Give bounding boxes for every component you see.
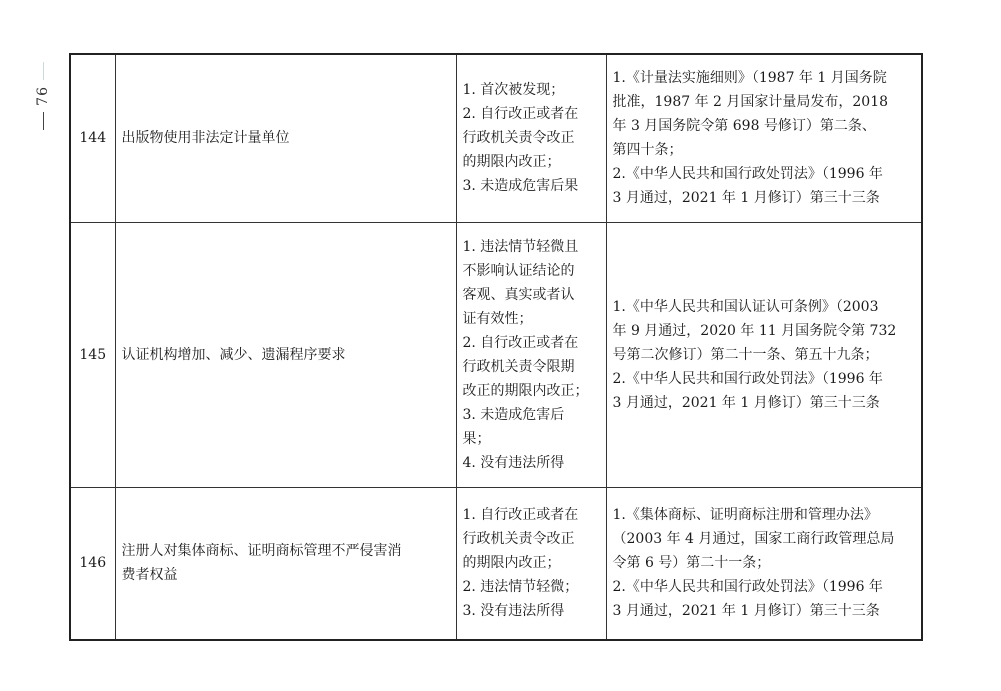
row-number: 146 (70, 487, 115, 640)
page-number-marker: 76 (28, 62, 58, 147)
condition-line: 2. 自行改正或者在 (463, 102, 600, 126)
row-number: 145 (70, 222, 115, 487)
penalty-exemption-table: 144 出版物使用非法定计量单位 1. 首次被发现； 2. 自行改正或者在 行政… (69, 53, 923, 641)
basis-line: 3 月通过，2021 年 1 月修订）第三十三条 (613, 599, 916, 623)
basis-line: 1.《中华人民共和国认证认可条例》（2003 (613, 295, 916, 319)
divider (43, 112, 44, 130)
exemption-conditions: 1. 首次被发现； 2. 自行改正或者在 行政机关责令改正 的期限内改正； 3.… (456, 54, 606, 222)
page-number: 76 (35, 86, 51, 106)
violation-item: 认证机构增加、减少、遗漏程序要求 (115, 222, 456, 487)
basis-line: 2.《中华人民共和国行政处罚法》（1996 年 (613, 162, 916, 186)
basis-line: 2.《中华人民共和国行政处罚法》（1996 年 (613, 575, 916, 599)
condition-line: 1. 首次被发现； (463, 78, 600, 102)
condition-line: 3. 没有违法所得 (463, 599, 600, 623)
condition-line: 行政机关责令限期 (463, 355, 600, 379)
basis-line: 1.《计量法实施细则》（1987 年 1 月国务院 (613, 66, 916, 90)
condition-line: 2. 自行改正或者在 (463, 331, 600, 355)
condition-line: 4. 没有违法所得 (463, 451, 600, 475)
basis-line: 3 月通过，2021 年 1 月修订）第三十三条 (613, 186, 916, 210)
condition-line: 改正的期限内改正； (463, 379, 600, 403)
legal-basis: 1.《集体商标、证明商标注册和管理办法》 （2003 年 4 月通过，国家工商行… (606, 487, 922, 640)
condition-line: 证有效性； (463, 307, 600, 331)
basis-line: 号第二次修订）第二十一条、第五十九条； (613, 343, 916, 367)
exemption-conditions: 1. 违法情节轻微且 不影响认证结论的 客观、真实或者认 证有效性； 2. 自行… (456, 222, 606, 487)
condition-line: 果； (463, 427, 600, 451)
table-row: 146 注册人对集体商标、证明商标管理不严侵害消 费者权益 1. 自行改正或者在… (70, 487, 922, 640)
item-line: 注册人对集体商标、证明商标管理不严侵害消 (122, 539, 450, 563)
condition-line: 的期限内改正； (463, 150, 600, 174)
table-row: 145 认证机构增加、减少、遗漏程序要求 1. 违法情节轻微且 不影响认证结论的… (70, 222, 922, 487)
legal-basis: 1.《中华人民共和国认证认可条例》（2003 年 9 月通过，2020 年 11… (606, 222, 922, 487)
condition-line: 不影响认证结论的 (463, 259, 600, 283)
condition-line: 3. 未造成危害后果 (463, 174, 600, 198)
legal-basis: 1.《计量法实施细则》（1987 年 1 月国务院 批准，1987 年 2 月国… (606, 54, 922, 222)
basis-line: 年 3 月国务院令第 698 号修订）第二条、 (613, 114, 916, 138)
table-row: 144 出版物使用非法定计量单位 1. 首次被发现； 2. 自行改正或者在 行政… (70, 54, 922, 222)
violation-item: 注册人对集体商标、证明商标管理不严侵害消 费者权益 (115, 487, 456, 640)
violation-item: 出版物使用非法定计量单位 (115, 54, 456, 222)
condition-line: 行政机关责令改正 (463, 126, 600, 150)
basis-line: （2003 年 4 月通过，国家工商行政管理总局 (613, 527, 916, 551)
exemption-conditions: 1. 自行改正或者在 行政机关责令改正 的期限内改正； 2. 违法情节轻微； 3… (456, 487, 606, 640)
item-line: 费者权益 (122, 563, 450, 587)
condition-line: 2. 违法情节轻微； (463, 575, 600, 599)
basis-line: 第四十条； (613, 138, 916, 162)
basis-line: 1.《集体商标、证明商标注册和管理办法》 (613, 503, 916, 527)
basis-line: 2.《中华人民共和国行政处罚法》（1996 年 (613, 367, 916, 391)
basis-line: 年 9 月通过，2020 年 11 月国务院令第 732 (613, 319, 916, 343)
condition-line: 1. 自行改正或者在 (463, 503, 600, 527)
condition-line: 客观、真实或者认 (463, 283, 600, 307)
condition-line: 1. 违法情节轻微且 (463, 235, 600, 259)
condition-line: 3. 未造成危害后 (463, 403, 600, 427)
row-number: 144 (70, 54, 115, 222)
basis-line: 令第 6 号）第二十一条； (613, 551, 916, 575)
basis-line: 批准，1987 年 2 月国家计量局发布，2018 (613, 90, 916, 114)
basis-line: 3 月通过，2021 年 1 月修订）第三十三条 (613, 391, 916, 415)
condition-line: 的期限内改正； (463, 551, 600, 575)
divider (43, 62, 44, 80)
condition-line: 行政机关责令改正 (463, 527, 600, 551)
